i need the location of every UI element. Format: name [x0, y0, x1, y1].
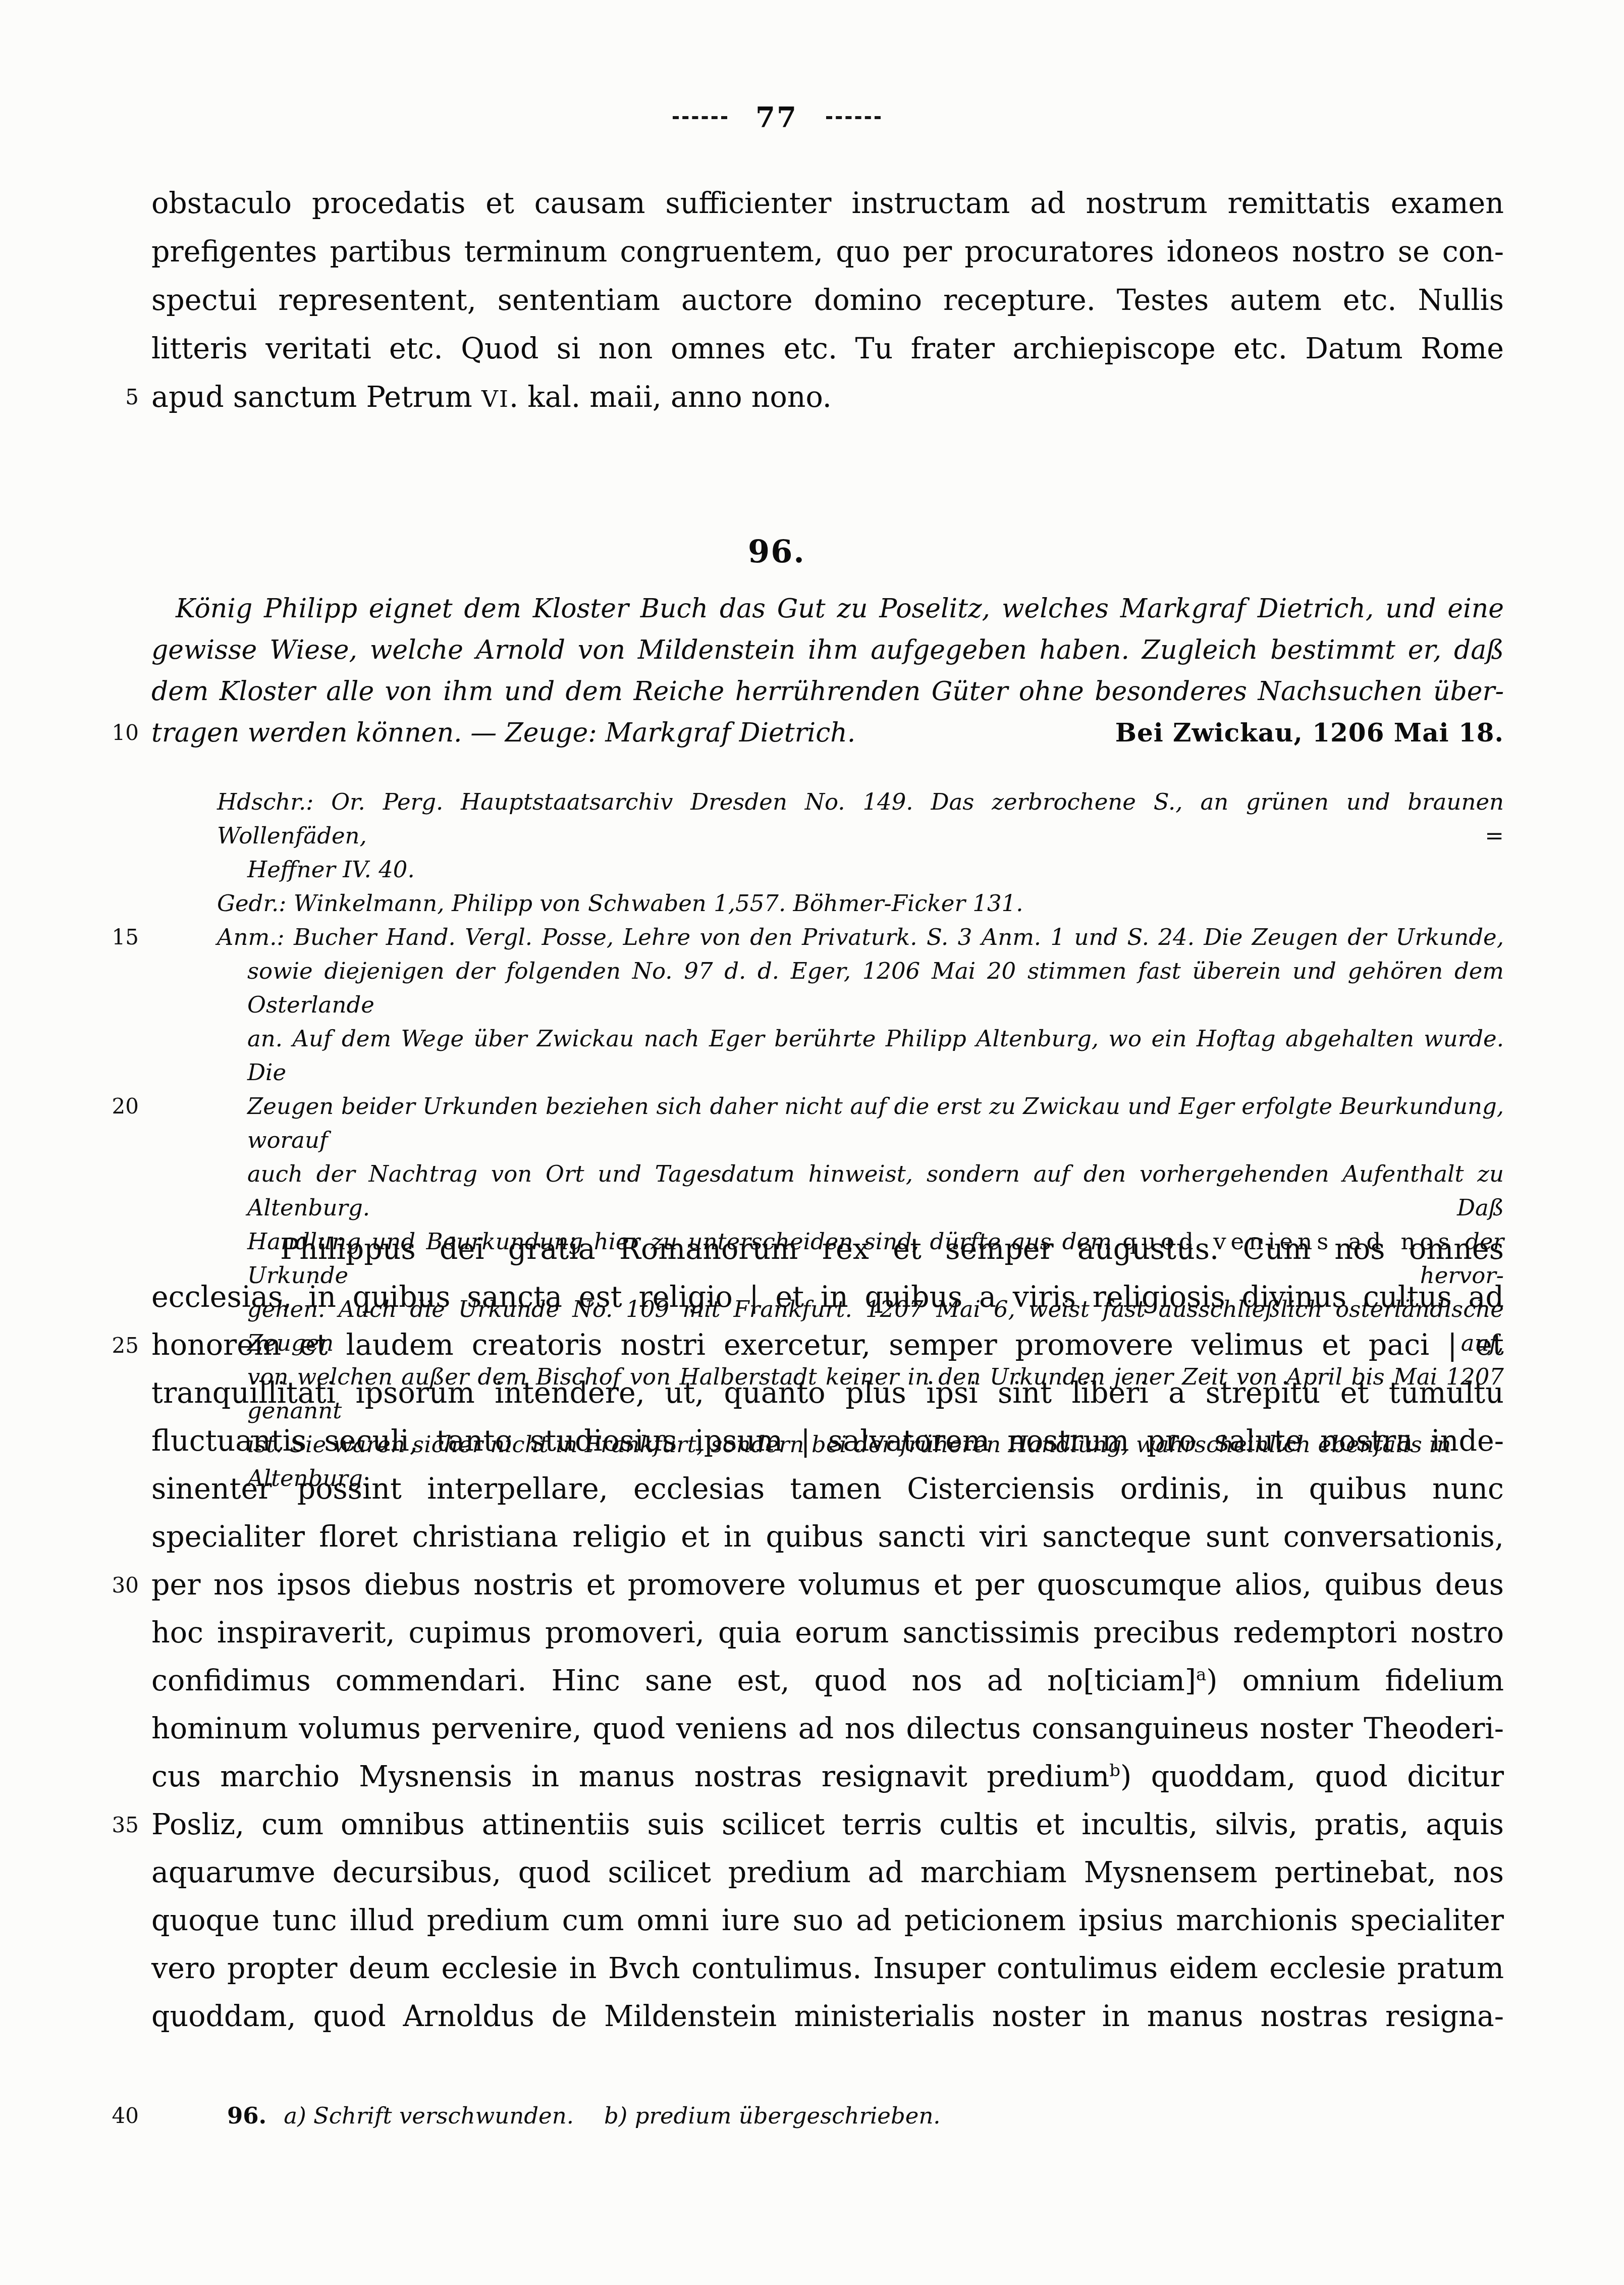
- summary-line: gewisse Wiese, welche Arnold von Mildens…: [151, 629, 1504, 671]
- marginal-line-number-40: 40: [98, 2099, 139, 2133]
- text-line: ecclesias, in quibus sancta est religio …: [151, 1273, 1504, 1321]
- text-run: . kal. maii, anno nono.: [509, 381, 832, 414]
- text-line: specialiter floret christiana religio et…: [151, 1513, 1504, 1561]
- apparatus-line-anm: Anm.: Bucher Hand. Vergl. Posse, Lehre v…: [217, 920, 1504, 954]
- header-dash-left: [673, 116, 727, 119]
- text-run: ) omnium fidelium: [1206, 1664, 1504, 1697]
- text-line: Philippus dei gratia Romanorum rex et se…: [151, 1226, 1504, 1273]
- running-head: 77: [0, 101, 1589, 134]
- charter96-summary: König Philipp eignet dem Kloster Buch da…: [151, 588, 1504, 754]
- summary-line: König Philipp eignet dem Kloster Buch da…: [151, 588, 1504, 629]
- apparatus-line-hdschr: Hdschr.: Or. Perg. Hauptstaatsarchiv Dre…: [217, 785, 1504, 853]
- text-line: vero propter deum ecclesie in Bvch contu…: [151, 1945, 1504, 1993]
- text-line: quoque tunc illud predium cum omni iure …: [151, 1897, 1504, 1945]
- charter-number-heading: 96.: [0, 533, 1589, 570]
- footnote-ref-b: b: [1109, 1761, 1120, 1781]
- text-line: hoc inspiraverit, cupimus promoveri, qui…: [151, 1609, 1504, 1657]
- text-line: prefigentes partibus terminum congruente…: [151, 228, 1504, 276]
- text-line: cus marchio Mysnensis in manus nostras r…: [151, 1753, 1504, 1801]
- summary-dateline: tragen werden können. — Zeuge: Markgraf …: [151, 712, 1504, 754]
- summary-witness-text: tragen werden können. — Zeuge: Markgraf …: [151, 712, 855, 754]
- text-line: apud sanctum Petrum VI. kal. maii, anno …: [151, 373, 1504, 423]
- text-line: fluctuantis seculi, tanto studiosius ips…: [151, 1417, 1504, 1465]
- roman-numeral: VI: [481, 386, 509, 412]
- text-line: tranquillitati ipsorum intendere, ut, qu…: [151, 1369, 1504, 1417]
- page-number: 77: [755, 101, 798, 134]
- summary-line: dem Kloster alle von ihm und dem Reiche …: [151, 671, 1504, 712]
- text-run: ) quoddam, quod dicitur: [1120, 1760, 1504, 1793]
- text-line: litteris veritati etc. Quod si non omnes…: [151, 325, 1504, 373]
- marginal-line-number-35: 35: [98, 1801, 139, 1849]
- text-line: honorem et laudem creatoris nostri exerc…: [151, 1321, 1504, 1369]
- footnote-b: b) predium übergeschrieben.: [604, 2102, 941, 2129]
- marginal-line-number-15: 15: [98, 920, 139, 954]
- text-run: cus marchio Mysnensis in manus nostras r…: [151, 1760, 1109, 1793]
- text-line: quoddam, quod Arnoldus de Mildenstein mi…: [151, 1993, 1504, 2041]
- marginal-line-number-25: 25: [98, 1321, 139, 1369]
- text-line: obstaculo procedatis et causam sufficien…: [151, 179, 1504, 228]
- apparatus-line: Heffner IV. 40.: [217, 853, 1504, 886]
- charter96-text: Philippus dei gratia Romanorum rex et se…: [151, 1226, 1504, 2041]
- text-line: sinenter possint interpellare, ecclesias…: [151, 1465, 1504, 1513]
- text-line: confidimus commendari. Hinc sane est, qu…: [151, 1657, 1504, 1705]
- text-line: Posliz, cum omnibus attinentiis suis sci…: [151, 1801, 1504, 1849]
- text-line: hominum volumus pervenire, quod veniens …: [151, 1705, 1504, 1753]
- footnote-a: a) Schrift verschwunden.: [284, 2102, 574, 2129]
- footnote-charter-number: 96.: [227, 2102, 266, 2129]
- apparatus-line-gedr: Gedr.: Winkelmann, Philipp von Schwaben …: [217, 886, 1504, 920]
- charter95-continuation: obstaculo procedatis et causam sufficien…: [151, 179, 1504, 423]
- marginal-line-number-30: 30: [98, 1561, 139, 1609]
- place-date: Bei Zwickau, 1206 Mai 18.: [1115, 712, 1504, 754]
- footnote-ref-a: a: [1196, 1665, 1206, 1685]
- header-dash-right: [826, 116, 881, 119]
- text-line: aquarumve decursibus, quod scilicet pred…: [151, 1849, 1504, 1897]
- text-run: confidimus commendari. Hinc sane est, qu…: [151, 1664, 1196, 1697]
- marginal-line-number-5: 5: [98, 373, 139, 421]
- apparatus-line: an. Auf dem Wege über Zwickau nach Eger …: [217, 1022, 1504, 1089]
- footnote: 96.a) Schrift verschwunden.b) predium üb…: [227, 2099, 1438, 2133]
- apparatus-line: Zeugen beider Urkunden beziehen sich dah…: [217, 1089, 1504, 1157]
- text-line: per nos ipsos diebus nostris et promover…: [151, 1561, 1504, 1609]
- apparatus-line: sowie diejenigen der folgenden No. 97 d.…: [217, 954, 1504, 1022]
- apparatus-line: auch der Nachtrag von Ort und Tagesdatum…: [217, 1157, 1504, 1225]
- marginal-line-number-10: 10: [98, 712, 139, 754]
- text-run: apud sanctum Petrum: [151, 381, 481, 414]
- text-line: spectui representent, sententiam auctore…: [151, 276, 1504, 325]
- marginal-line-number-20: 20: [98, 1089, 139, 1123]
